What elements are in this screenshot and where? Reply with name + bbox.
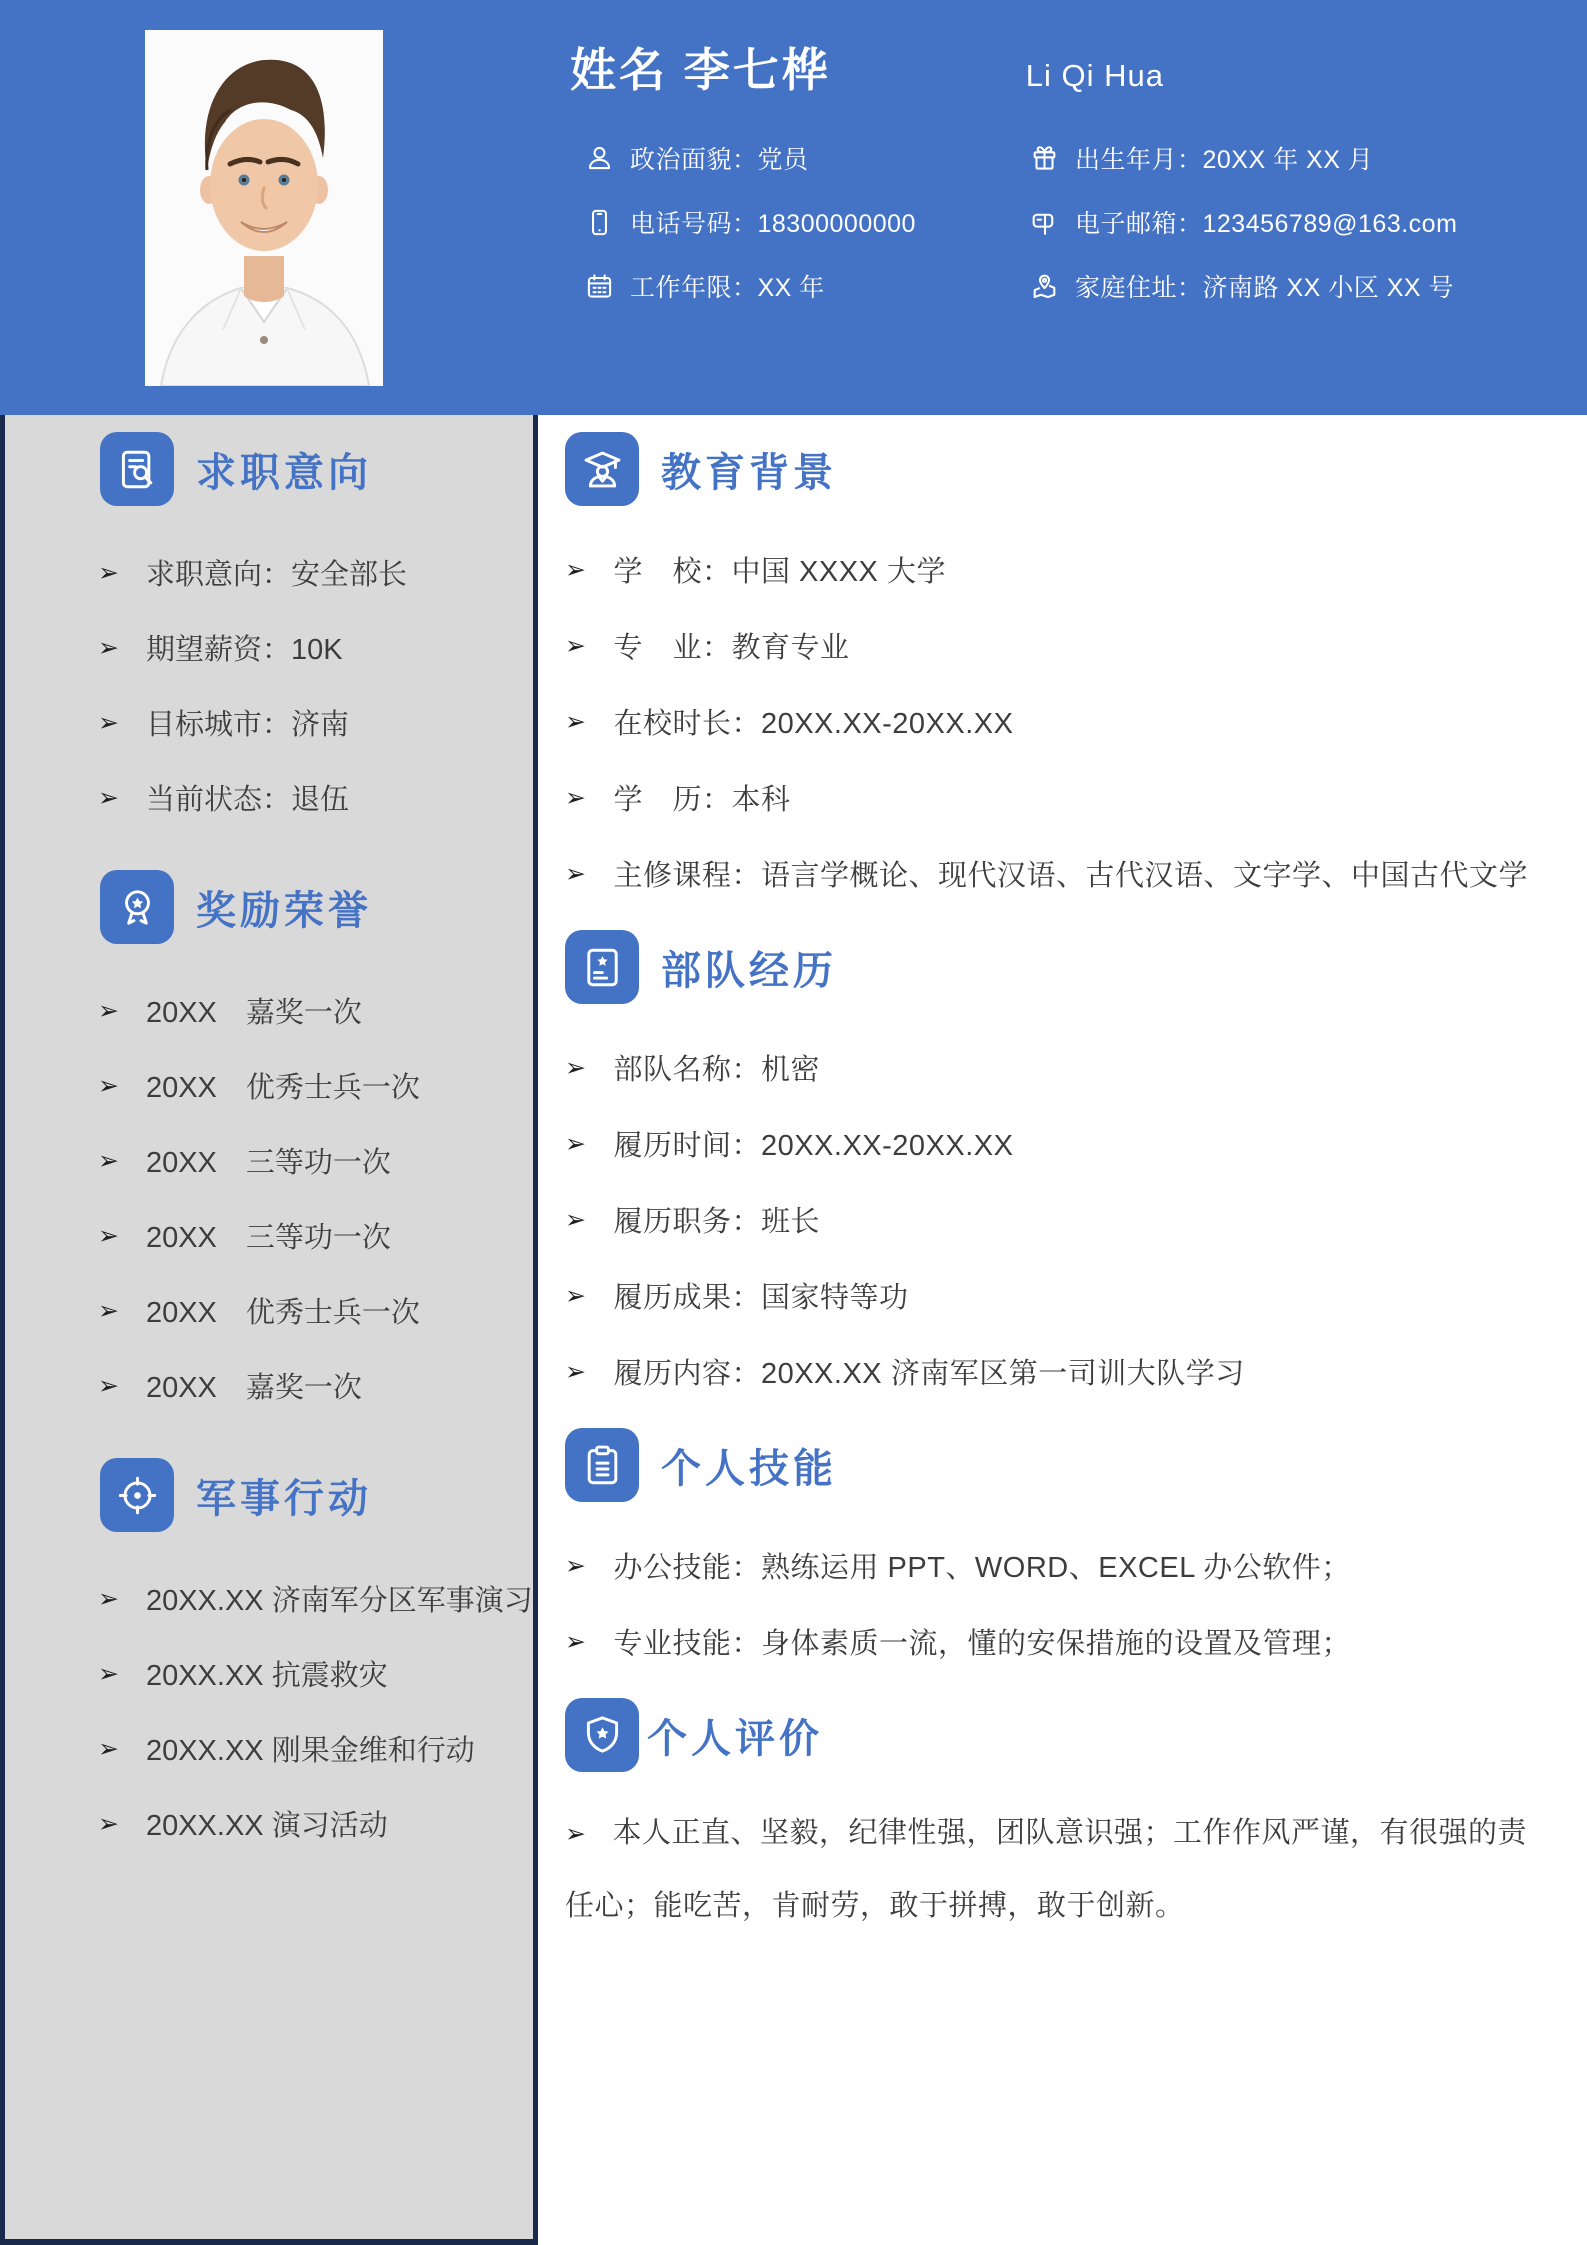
main-section-education: 教育背景 ➢学 校：中国 XXXX 大学 ➢专 业：教育专业 ➢在校时长：20X…	[565, 431, 1547, 911]
contact-text: 出生年月：20XX 年 XX 月	[1075, 140, 1373, 176]
arrow-bullet-icon: ➢	[565, 631, 586, 660]
section-header: 求职意向	[100, 431, 533, 507]
section-header: 个人技能	[565, 1427, 1547, 1503]
profile-photo-illustration	[145, 30, 383, 386]
section-title: 军事行动	[196, 1467, 372, 1524]
arrow-bullet-icon: ➢	[98, 1146, 119, 1175]
contact-item-email: 电子邮箱：123456789@163.com	[1029, 204, 1563, 240]
arrow-bullet-icon: ➢	[98, 708, 119, 737]
shield-star-icon	[565, 1698, 639, 1772]
resume-page: 姓名 李七桦 Li Qi Hua 政治面貌：党员 出生年月：20XX 年 XX …	[0, 0, 1587, 2245]
list-item: ➢20XX 优秀士兵一次	[5, 1048, 533, 1123]
section-title: 个人技能	[661, 1437, 837, 1494]
section-header: 个人评价	[565, 1697, 1547, 1773]
profile-photo	[145, 30, 383, 386]
arrow-bullet-icon: ➢	[98, 1659, 119, 1688]
contact-item-address: 家庭住址：济南路 XX 小区 XX 号	[1029, 268, 1563, 304]
phone-icon	[584, 207, 615, 238]
arrow-bullet-icon: ➢	[98, 633, 119, 662]
clipboard-icon	[565, 1428, 639, 1502]
arrow-bullet-icon: ➢	[565, 1205, 586, 1234]
main-column: 教育背景 ➢学 校：中国 XXXX 大学 ➢专 业：教育专业 ➢在校时长：20X…	[538, 415, 1587, 2245]
candidate-name-pinyin: Li Qi Hua	[1026, 58, 1164, 94]
content: 求职意向 ➢求职意向：安全部长 ➢期望薪资：10K ➢目标城市：济南 ➢当前状态…	[0, 415, 1587, 2245]
arrow-bullet-icon: ➢	[565, 783, 586, 812]
section-list: ➢部队名称：机密 ➢履历时间：20XX.XX-20XX.XX ➢履历职务：班长 …	[565, 1029, 1547, 1409]
contact-text: 家庭住址：济南路 XX 小区 XX 号	[1075, 268, 1454, 304]
list-item: ➢履历职务：班长	[565, 1181, 1547, 1257]
list-item: ➢求职意向：安全部长	[5, 535, 533, 610]
arrow-bullet-icon: ➢	[98, 1584, 119, 1613]
contact-text: 电话号码：18300000000	[630, 204, 916, 240]
section-title: 部队经历	[661, 939, 837, 996]
list-item: ➢20XX 嘉奖一次	[5, 1348, 533, 1423]
arrow-bullet-icon: ➢	[565, 1053, 586, 1082]
list-item: ➢20XX 优秀士兵一次	[5, 1273, 533, 1348]
list-item: ➢办公技能：熟练运用 PPT、WORD、EXCEL 办公软件；	[565, 1527, 1547, 1603]
list-item: ➢专业技能：身体素质一流，懂的安保措施的设置及管理；	[565, 1603, 1547, 1679]
list-item: ➢20XX.XX 抗震救灾	[5, 1636, 533, 1711]
list-item: ➢学 历：本科	[565, 759, 1547, 835]
section-list: ➢求职意向：安全部长 ➢期望薪资：10K ➢目标城市：济南 ➢当前状态：退伍	[5, 535, 533, 835]
list-item: ➢期望薪资：10K	[5, 610, 533, 685]
section-title: 教育背景	[661, 441, 837, 498]
contact-item-political-status: 政治面貌：党员	[584, 140, 1029, 176]
list-item: ➢履历成果：国家特等功	[565, 1257, 1547, 1333]
arrow-bullet-icon: ➢	[98, 783, 119, 812]
list-item: ➢在校时长：20XX.XX-20XX.XX	[565, 683, 1547, 759]
contact-grid: 政治面貌：党员 出生年月：20XX 年 XX 月 电话号码：1830000000…	[584, 140, 1563, 304]
section-title: 奖励荣誉	[196, 879, 372, 936]
certificate-icon	[565, 930, 639, 1004]
arrow-bullet-icon: ➢	[565, 707, 586, 736]
list-item: ➢当前状态：退伍	[5, 760, 533, 835]
section-list: ➢学 校：中国 XXXX 大学 ➢专 业：教育专业 ➢在校时长：20XX.XX-…	[565, 531, 1547, 911]
sidebar-section-military-actions: 军事行动 ➢20XX.XX 济南军分区军事演习 ➢20XX.XX 抗震救灾 ➢2…	[5, 1457, 533, 1861]
list-item: ➢20XX 嘉奖一次	[5, 973, 533, 1048]
arrow-bullet-icon: ➢	[565, 555, 586, 584]
contact-text: 电子邮箱：123456789@163.com	[1075, 204, 1457, 240]
name-row: 姓名 李七桦 Li Qi Hua	[570, 34, 1563, 100]
arrow-bullet-icon: ➢	[565, 1627, 586, 1656]
section-header: 奖励荣誉	[100, 869, 533, 945]
candidate-name: 姓名 李七桦	[570, 34, 831, 100]
medal-icon	[100, 870, 174, 944]
arrow-bullet-icon: ➢	[98, 1734, 119, 1763]
location-icon	[1029, 271, 1060, 302]
list-item: ➢目标城市：济南	[5, 685, 533, 760]
mailbox-icon	[1029, 207, 1060, 238]
arrow-bullet-icon: ➢	[98, 1371, 119, 1400]
arrow-bullet-icon: ➢	[98, 1221, 119, 1250]
section-title: 求职意向	[196, 441, 372, 498]
arrow-bullet-icon: ➢	[565, 859, 586, 888]
self-evaluation-paragraph: ➢本人正直、坚毅，纪律性强，团队意识强；工作作风严谨，有很强的责任心；能吃苦，肯…	[565, 1797, 1547, 1943]
arrow-bullet-icon: ➢	[98, 1809, 119, 1838]
target-icon	[100, 1458, 174, 1532]
main-section-skills: 个人技能 ➢办公技能：熟练运用 PPT、WORD、EXCEL 办公软件； ➢专业…	[565, 1427, 1547, 1679]
user-icon	[584, 143, 615, 174]
list-item: ➢20XX 三等功一次	[5, 1198, 533, 1273]
list-item: ➢20XX.XX 济南军分区军事演习	[5, 1561, 533, 1636]
arrow-bullet-icon: ➢	[565, 1281, 586, 1310]
section-list: ➢20XX.XX 济南军分区军事演习 ➢20XX.XX 抗震救灾 ➢20XX.X…	[5, 1561, 533, 1861]
arrow-bullet-icon: ➢	[565, 1357, 586, 1386]
contact-text: 政治面貌：党员	[630, 140, 809, 176]
list-item: ➢20XX.XX 演习活动	[5, 1786, 533, 1861]
section-title: 个人评价	[647, 1707, 823, 1764]
gift-icon	[1029, 143, 1060, 174]
section-header: 教育背景	[565, 431, 1547, 507]
sidebar-section-awards: 奖励荣誉 ➢20XX 嘉奖一次 ➢20XX 优秀士兵一次 ➢20XX 三等功一次…	[5, 869, 533, 1423]
arrow-bullet-icon: ➢	[98, 1296, 119, 1325]
main-section-self-evaluation: 个人评价 ➢本人正直、坚毅，纪律性强，团队意识强；工作作风严谨，有很强的责任心；…	[565, 1697, 1547, 1943]
contact-item-phone: 电话号码：18300000000	[584, 204, 1029, 240]
section-header: 军事行动	[100, 1457, 533, 1533]
contact-text: 工作年限：XX 年	[630, 268, 825, 304]
graduate-icon	[565, 432, 639, 506]
list-item: ➢20XX 三等功一次	[5, 1123, 533, 1198]
document-search-icon	[100, 432, 174, 506]
arrow-bullet-icon: ➢	[98, 1071, 119, 1100]
list-item: ➢履历时间：20XX.XX-20XX.XX	[565, 1105, 1547, 1181]
list-item: ➢部队名称：机密	[565, 1029, 1547, 1105]
list-item: ➢20XX.XX 刚果金维和行动	[5, 1711, 533, 1786]
list-item: ➢学 校：中国 XXXX 大学	[565, 531, 1547, 607]
section-header: 部队经历	[565, 929, 1547, 1005]
contact-item-birth: 出生年月：20XX 年 XX 月	[1029, 140, 1563, 176]
sidebar: 求职意向 ➢求职意向：安全部长 ➢期望薪资：10K ➢目标城市：济南 ➢当前状态…	[0, 415, 538, 2245]
main-section-military-experience: 部队经历 ➢部队名称：机密 ➢履历时间：20XX.XX-20XX.XX ➢履历职…	[565, 929, 1547, 1409]
arrow-bullet-icon: ➢	[98, 558, 119, 587]
section-list: ➢办公技能：熟练运用 PPT、WORD、EXCEL 办公软件； ➢专业技能：身体…	[565, 1527, 1547, 1679]
list-item: ➢主修课程：语言学概论、现代汉语、古代汉语、文字学、中国古代文学	[565, 835, 1547, 911]
list-item: ➢专 业：教育专业	[565, 607, 1547, 683]
header: 姓名 李七桦 Li Qi Hua 政治面貌：党员 出生年月：20XX 年 XX …	[0, 0, 1587, 415]
arrow-bullet-icon: ➢	[565, 1551, 586, 1580]
arrow-bullet-icon: ➢	[565, 1129, 586, 1158]
contact-item-experience-years: 工作年限：XX 年	[584, 268, 1029, 304]
calendar-icon	[584, 271, 615, 302]
arrow-bullet-icon: ➢	[565, 1819, 586, 1848]
list-item: ➢履历内容：20XX.XX 济南军区第一司训大队学习	[565, 1333, 1547, 1409]
arrow-bullet-icon: ➢	[98, 996, 119, 1025]
header-info: 姓名 李七桦 Li Qi Hua 政治面貌：党员 出生年月：20XX 年 XX …	[570, 0, 1563, 304]
section-list: ➢20XX 嘉奖一次 ➢20XX 优秀士兵一次 ➢20XX 三等功一次 ➢20X…	[5, 973, 533, 1423]
sidebar-section-job-intention: 求职意向 ➢求职意向：安全部长 ➢期望薪资：10K ➢目标城市：济南 ➢当前状态…	[5, 431, 533, 835]
